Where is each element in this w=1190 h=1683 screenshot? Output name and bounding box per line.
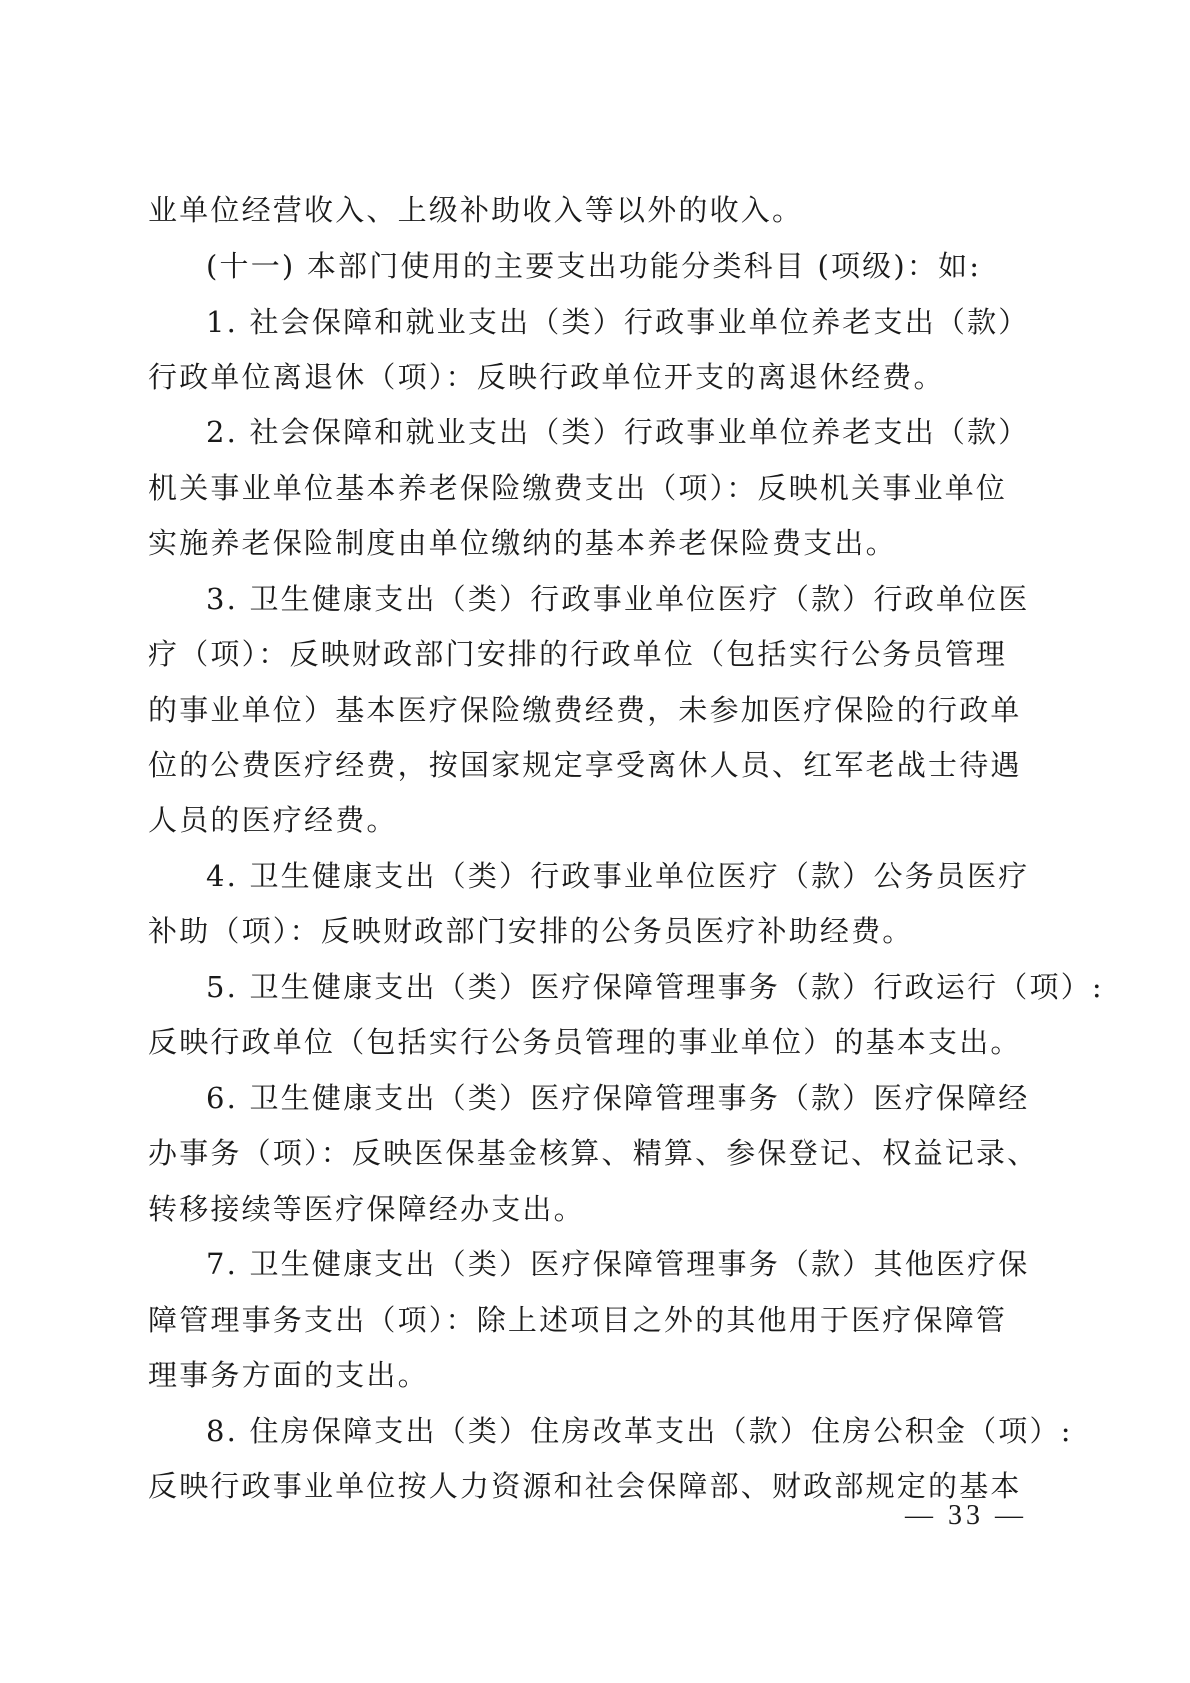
text-line: 机关事业单位基本养老保险缴费支出（项）：反映机关事业单位 [148, 468, 1007, 508]
text-line: 6. 卫生健康支出（类）医疗保障管理事务（款）医疗保障经 [206, 1078, 1030, 1118]
text-line: 办事务（项）：反映医保基金核算、精算、参保登记、权益记录、 [148, 1133, 1038, 1173]
text-line: 人员的医疗经费。 [148, 800, 398, 840]
text-line: 位的公费医疗经费，按国家规定享受离休人员、红军老战士待遇 [148, 745, 1022, 785]
text-line: 行政单位离退休（项）：反映行政单位开支的离退休经费。 [148, 357, 945, 397]
text-line: 反映行政单位（包括实行公务员管理的事业单位）的基本支出。 [148, 1022, 1022, 1062]
section-heading: (十一) 本部门使用的主要支出功能分类科目 (项级)：如: [206, 246, 981, 286]
text-line: 障管理事务支出（项）：除上述项目之外的其他用于医疗保障管 [148, 1300, 1007, 1340]
text-line: 7. 卫生健康支出（类）医疗保障管理事务（款）其他医疗保 [206, 1244, 1030, 1284]
text-line: 理事务方面的支出。 [148, 1355, 429, 1395]
text-line: 8. 住房保障支出（类）住房改革支出（款）住房公积金（项）: [206, 1411, 1073, 1451]
text-line: 疗（项）：反映财政部门安排的行政单位（包括实行公务员管理 [148, 634, 1007, 674]
page-number: — 33 — [905, 1500, 1027, 1532]
text-line: 3. 卫生健康支出（类）行政事业单位医疗（款）行政单位医 [206, 579, 1030, 619]
text-line: 反映行政事业单位按人力资源和社会保障部、财政部规定的基本 [148, 1466, 1022, 1506]
text-line: 实施养老保险制度由单位缴纳的基本养老保险费支出。 [148, 523, 897, 563]
text-line: 转移接续等医疗保障经办支出。 [148, 1189, 585, 1229]
text-line: 4. 卫生健康支出（类）行政事业单位医疗（款）公务员医疗 [206, 856, 1030, 896]
text-line: 2. 社会保障和就业支出（类）行政事业单位养老支出（款） [206, 412, 1030, 452]
text-line: 5. 卫生健康支出（类）医疗保障管理事务（款）行政运行（项）: [206, 967, 1104, 1007]
text-line: 的事业单位）基本医疗保险缴费经费，未参加医疗保险的行政单 [148, 690, 1022, 730]
text-line: 补助（项）：反映财政部门安排的公务员医疗补助经费。 [148, 911, 914, 951]
text-line: 1. 社会保障和就业支出（类）行政事业单位养老支出（款） [206, 302, 1030, 342]
text-line: 业单位经营收入、上级补助收入等以外的收入。 [148, 190, 803, 230]
